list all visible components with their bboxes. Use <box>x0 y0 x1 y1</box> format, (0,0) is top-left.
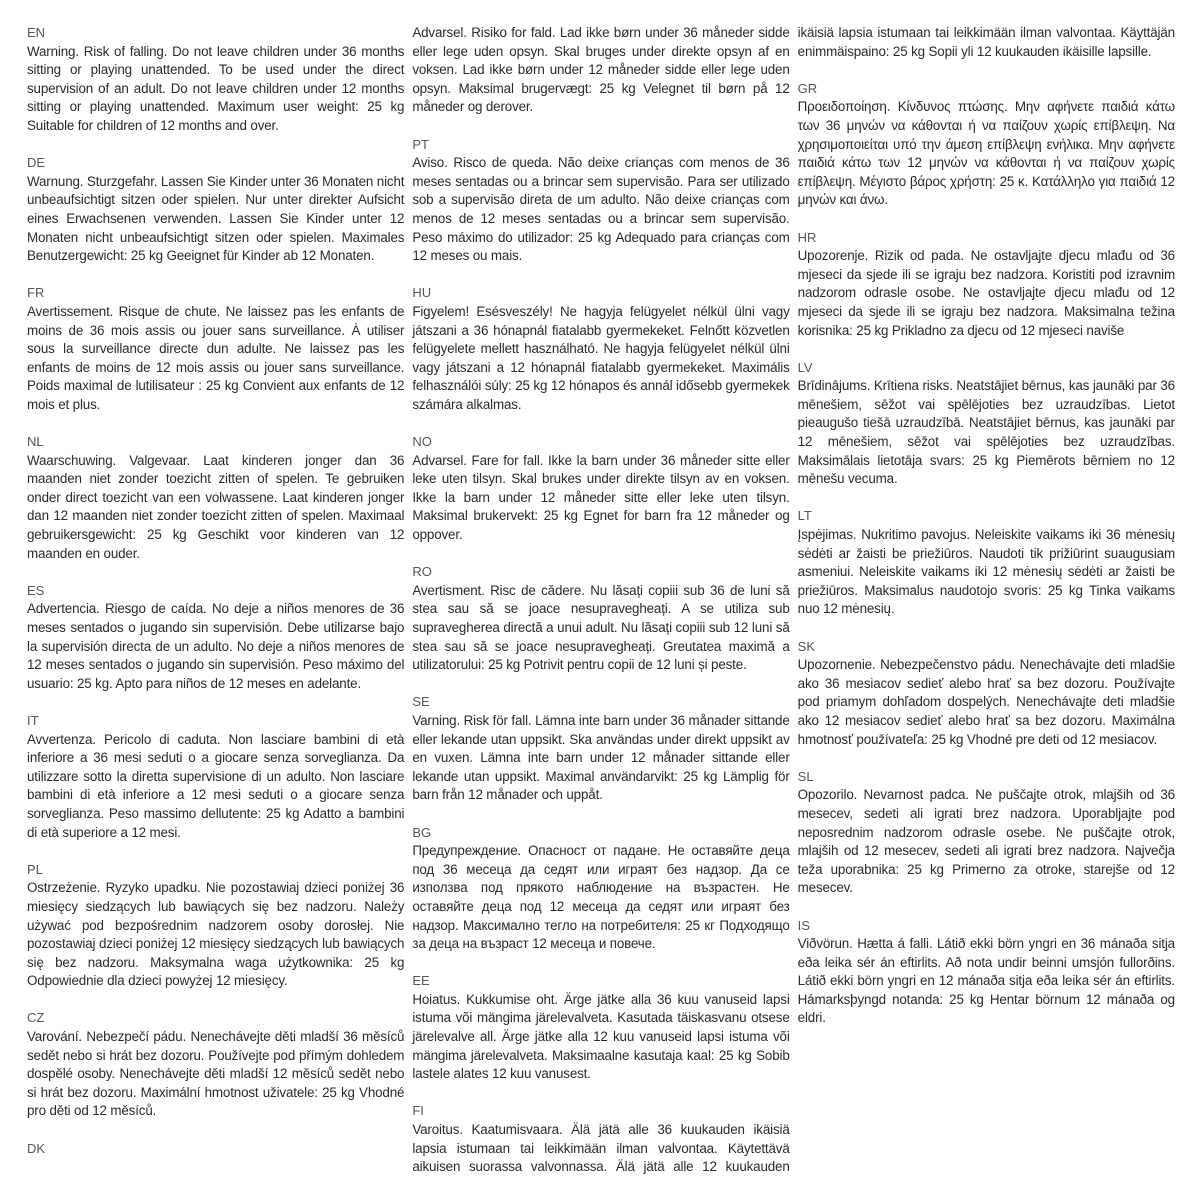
section-pt: PT Aviso. Risco de queda. Não deixe cria… <box>412 136 789 266</box>
warning-text: Varning. Risk för fall. Lämna inte barn … <box>412 712 789 805</box>
language-code: DE <box>27 154 404 173</box>
language-code: NL <box>27 433 404 452</box>
language-code: SL <box>798 768 1175 787</box>
language-code: BG <box>412 824 789 843</box>
section-ee: EE Hoiatus. Kukkumise oht. Ärge jätke al… <box>412 972 789 1084</box>
warning-text: Advertencia. Riesgo de caída. No deje a … <box>27 600 404 693</box>
section-de: DE Warnung. Sturzgefahr. Lassen Sie Kind… <box>27 154 404 266</box>
section-sl: SL Opozorilo. Nevarnost padca. Ne puščaj… <box>798 768 1175 898</box>
section-se: SE Varning. Risk för fall. Lämna inte ba… <box>412 693 789 805</box>
language-code: ES <box>27 582 404 601</box>
language-code: GR <box>798 80 1175 99</box>
language-code: IT <box>27 712 404 731</box>
section-pl: PL Ostrzeżenie. Ryzyko upadku. Nie pozos… <box>27 861 404 991</box>
warning-text: Įspėjimas. Nukritimo pavojus. Neleiskite… <box>798 526 1175 619</box>
warning-text: Waarschuwing. Valgevaar. Laat kinderen j… <box>27 452 404 564</box>
warning-text: Avertisment. Risc de cădere. Nu lăsați c… <box>412 582 789 675</box>
section-bg: BG Предупреждение. Опасност от падане. Н… <box>412 824 789 954</box>
section-it: IT Avvertenza. Pericolo di caduta. Non l… <box>27 712 404 842</box>
language-code: PL <box>27 861 404 880</box>
section-hr: HR Upozorenje. Rizik od pada. Ne ostavlj… <box>798 229 1175 341</box>
language-code: NO <box>412 433 789 452</box>
warning-text: Aviso. Risco de queda. Não deixe criança… <box>412 154 789 266</box>
section-lv: LV Brīdinājums. Krītiena risks. Neatstāj… <box>798 359 1175 489</box>
language-code: EN <box>27 24 404 43</box>
section-cz: CZ Varování. Nebezpečí pádu. Nenechávejt… <box>27 1009 404 1121</box>
language-code: EE <box>412 972 789 991</box>
section-fr: FR Avertissement. Risque de chute. Ne la… <box>27 284 404 414</box>
section-sk: SK Upozornenie. Nebezpečenstvo pádu. Nen… <box>798 638 1175 750</box>
section-nl: NL Waarschuwing. Valgevaar. Laat kindere… <box>27 433 404 563</box>
language-code: SE <box>412 693 789 712</box>
section-no: NO Advarsel. Fare for fall. Ikke la barn… <box>412 433 789 545</box>
warning-text: Upozorenje. Rizik od pada. Ne ostavljajt… <box>798 247 1175 340</box>
language-code: DK <box>27 1140 404 1159</box>
section-es: ES Advertencia. Riesgo de caída. No deje… <box>27 582 404 694</box>
warning-text: Advarsel. Fare for fall. Ikke la barn un… <box>412 452 789 545</box>
language-code: PT <box>412 136 789 155</box>
multilingual-warning-document: EN Warning. Risk of falling. Do not leav… <box>27 24 1175 1184</box>
warning-text: Предупреждение. Опасност от падане. Не о… <box>412 842 789 954</box>
section-lt: LT Įspėjimas. Nukritimo pavojus. Neleisk… <box>798 507 1175 619</box>
language-code: LT <box>798 507 1175 526</box>
warning-text: Upozornenie. Nebezpečenstvo pádu. Nenech… <box>798 656 1175 749</box>
language-code: HR <box>798 229 1175 248</box>
warning-text: Brīdinājums. Krītiena risks. Neatstājiet… <box>798 377 1175 489</box>
section-gr: GR Προειδοποίηση. Κίνδυνος πτώσης. Μην α… <box>798 80 1175 210</box>
language-code: FI <box>412 1102 789 1121</box>
language-code: IS <box>798 917 1175 936</box>
warning-text: Warning. Risk of falling. Do not leave c… <box>27 43 404 136</box>
warning-text: Avertissement. Risque de chute. Ne laiss… <box>27 303 404 415</box>
warning-text: Avvertenza. Pericolo di caduta. Non lasc… <box>27 731 404 843</box>
section-hu: HU Figyelem! Esésveszély! Ne hagyja felü… <box>412 284 789 414</box>
section-ro: RO Avertisment. Risc de cădere. Nu lăsaț… <box>412 563 789 675</box>
warning-text: Advarsel. Risiko for fald. Lad ikke børn… <box>412 24 789 117</box>
section-is: IS Viðvörun. Hætta á falli. Látið ekki b… <box>798 917 1175 1029</box>
warning-text: Varování. Nebezpečí pádu. Nenechávejte d… <box>27 1028 404 1121</box>
language-code: RO <box>412 563 789 582</box>
section-en: EN Warning. Risk of falling. Do not leav… <box>27 24 404 136</box>
language-code: SK <box>798 638 1175 657</box>
warning-text: Ostrzeżenie. Ryzyko upadku. Nie pozostaw… <box>27 879 404 991</box>
language-code: CZ <box>27 1009 404 1028</box>
warning-text: Hoiatus. Kukkumise oht. Ärge jätke alla … <box>412 991 789 1084</box>
language-code: FR <box>27 284 404 303</box>
warning-text: Viðvörun. Hætta á falli. Látið ekki börn… <box>798 935 1175 1028</box>
warning-text: Warnung. Sturzgefahr. Lassen Sie Kinder … <box>27 173 404 266</box>
language-code: HU <box>412 284 789 303</box>
language-code: LV <box>798 359 1175 378</box>
warning-text: Opozorilo. Nevarnost padca. Ne puščajte … <box>798 786 1175 898</box>
warning-text: Figyelem! Esésveszély! Ne hagyja felügye… <box>412 303 789 415</box>
warning-text: Προειδοποίηση. Κίνδυνος πτώσης. Μην αφήν… <box>798 98 1175 210</box>
